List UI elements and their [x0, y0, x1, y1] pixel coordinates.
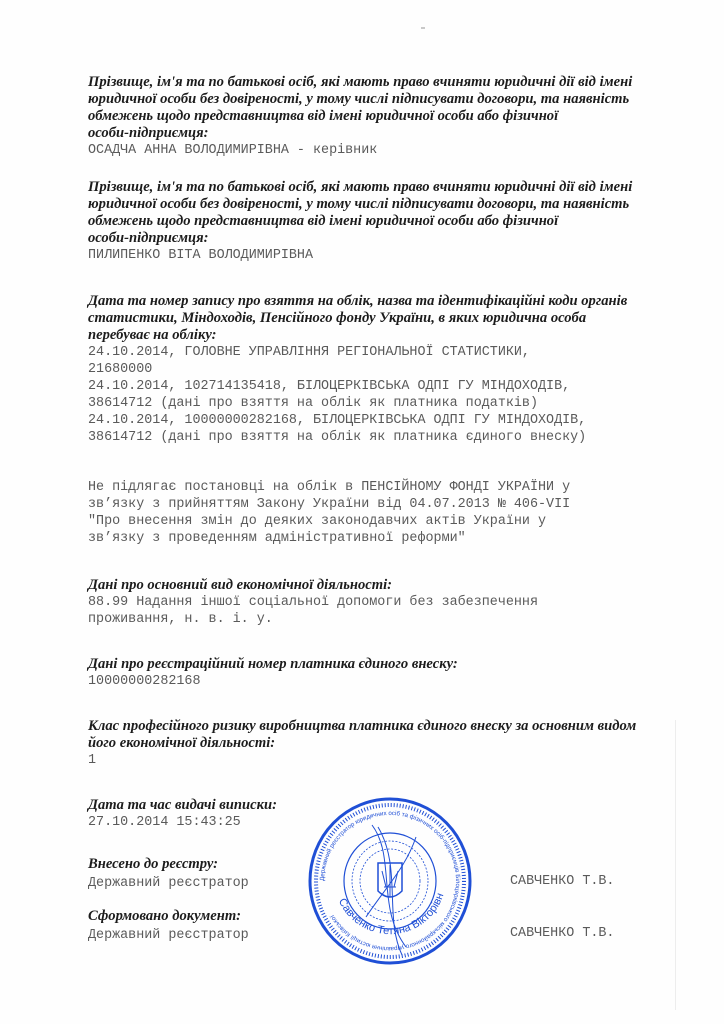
- field-label: обмежень щодо представництва від імені ю…: [88, 213, 688, 230]
- signature-role: Державний реєстратор: [88, 876, 249, 891]
- field-value: 24.10.2014, 102714135418, БІЛОЦЕРКІВСЬКА…: [88, 378, 688, 395]
- field-label: юридичної особи без довіреності, у тому …: [88, 91, 688, 108]
- field-value: Не підлягає постановці на облік в ПЕНСІЙ…: [88, 479, 688, 496]
- field-value: 10000000282168: [88, 673, 688, 690]
- official-stamp: Державний реєстратор юридичних осіб та ф…: [306, 797, 474, 965]
- field-value: 21680000: [88, 361, 688, 378]
- field-value: 1: [88, 752, 688, 769]
- field-label: юридичної особи без довіреності, у тому …: [88, 196, 688, 213]
- field-value: ПИЛИПЕНКО ВІТА ВОЛОДИМИРІВНА: [88, 247, 688, 264]
- field-label: перебуває на обліку:: [88, 327, 688, 344]
- field-value: 38614712 (дані про взяття на облік як пл…: [88, 429, 688, 446]
- section-7: Клас професійного ризику виробництва пла…: [88, 718, 688, 769]
- field-label: особи-підприємця:: [88, 125, 688, 142]
- document-page: Прізвище, ім'я та по батькові осіб, які …: [0, 0, 724, 1024]
- field-value: 88.99 Надання іншої соціальної допомоги …: [88, 594, 688, 611]
- section-2: Прізвище, ім'я та по батькові осіб, які …: [88, 179, 688, 264]
- field-value: 24.10.2014, 10000000282168, БІЛОЦЕРКІВСЬ…: [88, 412, 688, 429]
- field-label: статистики, Міндоходів, Пенсійного фонду…: [88, 310, 688, 327]
- field-label: Дані про основний вид економічної діяльн…: [88, 577, 688, 594]
- field-label: особи-підприємця:: [88, 230, 688, 247]
- section-3: Дата та номер запису про взяття на облік…: [88, 293, 688, 446]
- field-value: ОСАДЧА АННА ВОЛОДИМИРІВНА - керівник: [88, 142, 688, 159]
- scan-speck: [421, 27, 425, 29]
- field-label: Прізвище, ім'я та по батькові осіб, які …: [88, 74, 688, 91]
- field-value: 24.10.2014, ГОЛОВНЕ УПРАВЛІННЯ РЕГІОНАЛЬ…: [88, 344, 688, 361]
- field-label: Клас професійного ризику виробництва пла…: [88, 718, 688, 735]
- field-label: обмежень щодо представництва від імені ю…: [88, 108, 688, 125]
- field-label: його економічної діяльності:: [88, 735, 688, 752]
- signature-name: САВЧЕНКО Т.В.: [510, 873, 614, 890]
- field-value: зв’язку з прийняттям Закону України від …: [88, 496, 688, 513]
- field-label: Прізвище, ім'я та по батькові осіб, які …: [88, 179, 688, 196]
- field-label: Дані про реєстраційний номер платника єд…: [88, 656, 688, 673]
- section-1: Прізвище, ім'я та по батькові осіб, які …: [88, 74, 688, 159]
- field-value: проживання, н. в. і. у.: [88, 611, 688, 628]
- signature-role: Державний реєстратор: [88, 928, 249, 943]
- field-value: зв’язку з проведенням адміністративної р…: [88, 530, 688, 547]
- field-value: "Про внесення змін до деяких законодавчи…: [88, 513, 688, 530]
- field-label: Дата та номер запису про взяття на облік…: [88, 293, 688, 310]
- section-5: Дані про основний вид економічної діяльн…: [88, 577, 688, 628]
- section-4: Не підлягає постановці на облік в ПЕНСІЙ…: [88, 479, 688, 547]
- signature-name: САВЧЕНКО Т.В.: [510, 925, 614, 942]
- field-value: 38614712 (дані про взяття на облік як пл…: [88, 395, 688, 412]
- section-6: Дані про реєстраційний номер платника єд…: [88, 656, 688, 690]
